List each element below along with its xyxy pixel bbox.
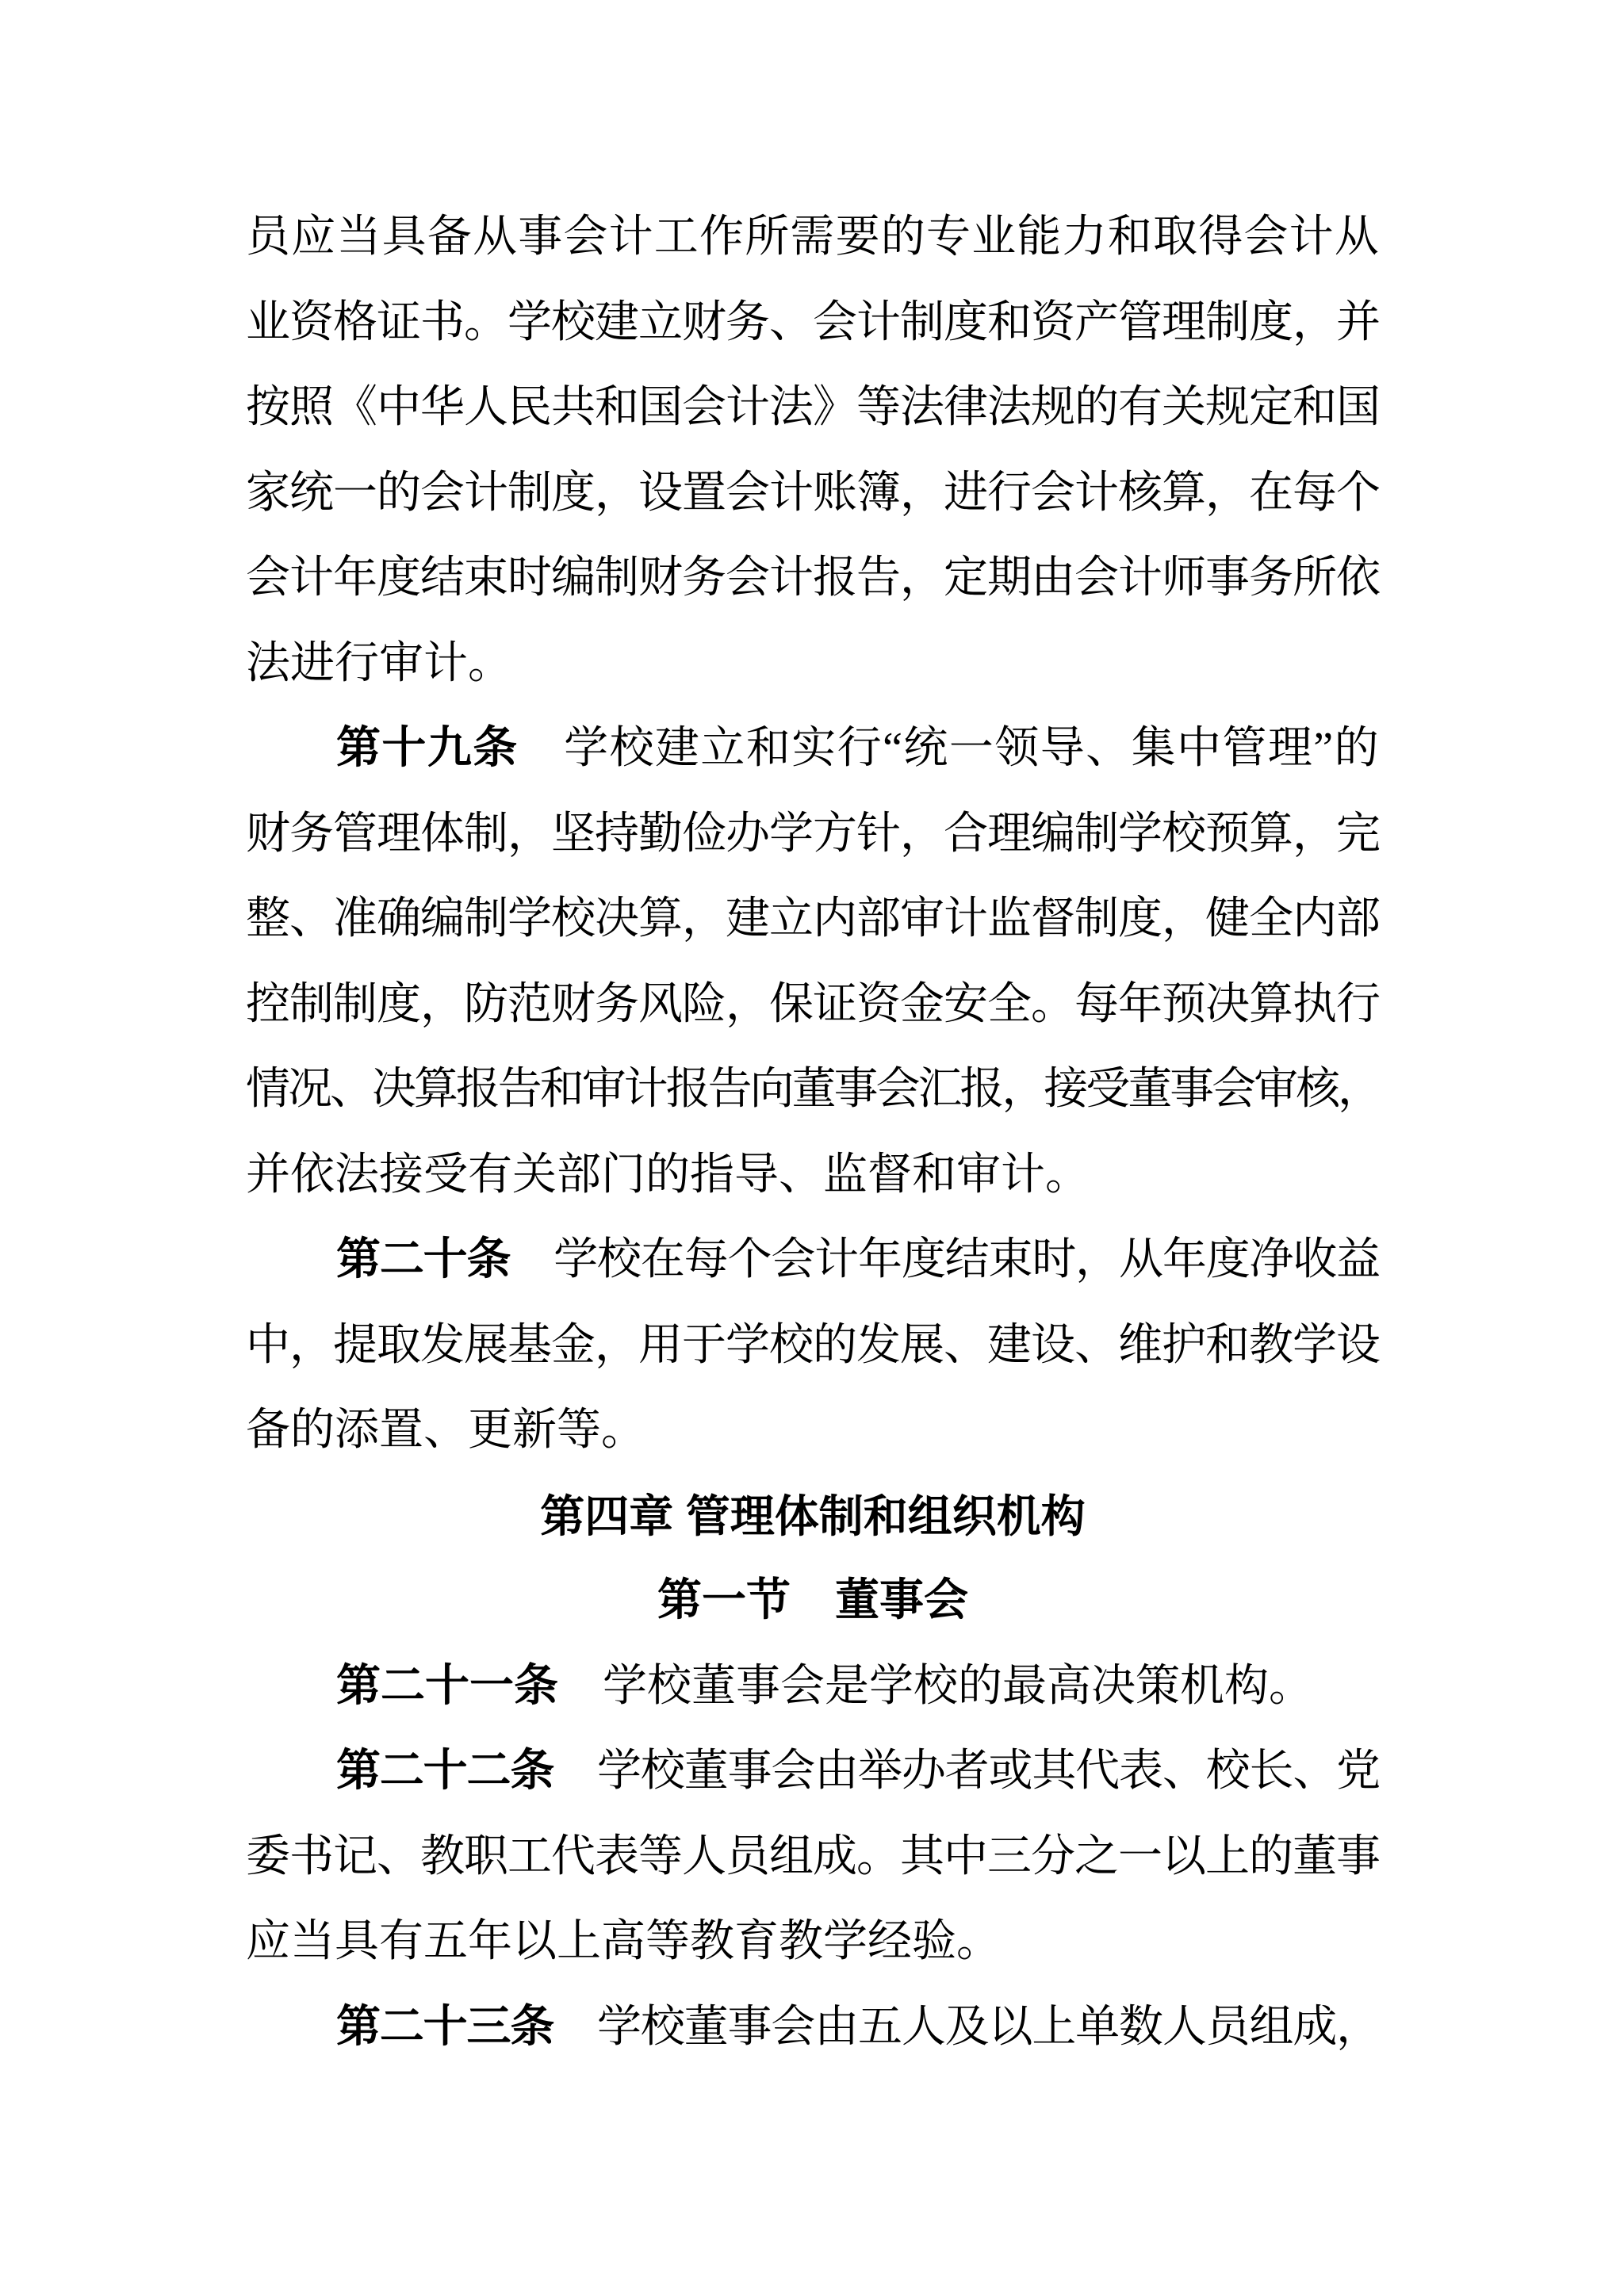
text-line: 并依法接受有关部门的指导、监督和审计。: [246, 1133, 1380, 1219]
text-run: 按照《中华人民共和国会计法》等法律法规的有关规定和国: [246, 383, 1380, 432]
text-run: 学校在每个会计年度结束时，从年度净收益: [510, 1235, 1380, 1284]
text-line: 情况、决算报告和审计报告向董事会汇报，接受董事会审核，: [246, 1047, 1380, 1133]
text-line: 业资格证书。学校建立财务、会计制度和资产管理制度，并: [246, 281, 1380, 366]
text-line: 委书记、教职工代表等人员组成。其中三分之一以上的董事: [246, 1815, 1380, 1900]
text-line: 第二十一条 学校董事会是学校的最高决策机构。: [246, 1644, 1380, 1730]
text-run: 财务管理体制，坚持勤俭办学方针，合理编制学校预算，完: [246, 809, 1380, 859]
text-line: 第二十二条 学校董事会由举办者或其代表、校长、党: [246, 1729, 1380, 1815]
article-number: 第一节 董事会: [657, 1576, 968, 1625]
text-run: 应当具有五年以上高等教育教学经验。: [246, 1917, 1001, 1966]
text-run: 学校董事会由举办者或其代表、校长、党: [553, 1747, 1380, 1796]
article-number: 第二十二条: [336, 1747, 553, 1796]
document-page: 员应当具备从事会计工作所需要的专业能力和取得会计从业资格证书。学校建立财务、会计…: [0, 0, 1624, 2296]
text-line: 中，提取发展基金，用于学校的发展、建设、维护和教学设: [246, 1303, 1380, 1389]
text-line: 第二十三条 学校董事会由五人及以上单数人员组成，: [246, 1985, 1380, 2071]
text-line: 第二十条 学校在每个会计年度结束时，从年度净收益: [246, 1218, 1380, 1303]
text-line: 控制制度，防范财务风险，保证资金安全。每年预决算执行: [246, 962, 1380, 1048]
article-number: 第二十一条: [336, 1662, 558, 1711]
text-line: 员应当具备从事会计工作所需要的专业能力和取得会计从: [246, 195, 1380, 281]
text-run: 委书记、教职工代表等人员组成。其中三分之一以上的董事: [246, 1832, 1380, 1881]
text-run: 会计年度结束时编制财务会计报告，定期由会计师事务所依: [246, 553, 1380, 603]
article-number: 第二十条: [336, 1235, 510, 1284]
text-line: 备的添置、更新等。: [246, 1388, 1380, 1474]
text-run: 并依法接受有关部门的指导、监督和审计。: [246, 1150, 1090, 1200]
text-run: 备的添置、更新等。: [246, 1406, 645, 1455]
document-body: 员应当具备从事会计工作所需要的专业能力和取得会计从业资格证书。学校建立财务、会计…: [246, 195, 1380, 2070]
text-run: 学校董事会是学校的最高决策机构。: [558, 1662, 1313, 1711]
text-run: 学校董事会由五人及以上单数人员组成，: [553, 2003, 1380, 2052]
text-run: 学校建立和实行“统一领导、集中管理”的: [519, 724, 1380, 773]
text-line: 家统一的会计制度，设置会计账簿，进行会计核算，在每个: [246, 451, 1380, 537]
text-line: 整、准确编制学校决算，建立内部审计监督制度，健全内部: [246, 877, 1380, 962]
text-line: 按照《中华人民共和国会计法》等法律法规的有关规定和国: [246, 365, 1380, 451]
text-line: 应当具有五年以上高等教育教学经验。: [246, 1900, 1380, 1985]
text-line: 财务管理体制，坚持勤俭办学方针，合理编制学校预算，完: [246, 792, 1380, 878]
text-run: 中，提取发展基金，用于学校的发展、建设、维护和教学设: [246, 1321, 1380, 1370]
chapter-heading: 第四章 管理体制和组织机构: [246, 1474, 1380, 1559]
text-run: 整、准确编制学校决算，建立内部审计监督制度，健全内部: [246, 894, 1380, 943]
article-number: 第二十三条: [336, 2003, 553, 2052]
text-line: 法进行审计。: [246, 622, 1380, 707]
text-run: 情况、决算报告和审计报告向董事会汇报，接受董事会审核，: [246, 1065, 1380, 1114]
text-line: 会计年度结束时编制财务会计报告，定期由会计师事务所依: [246, 536, 1380, 622]
section-heading: 第一节 董事会: [246, 1559, 1380, 1644]
article-number: 第四章 管理体制和组织机构: [540, 1491, 1086, 1541]
text-run: 家统一的会计制度，设置会计账簿，进行会计核算，在每个: [246, 469, 1380, 518]
text-run: 员应当具备从事会计工作所需要的专业能力和取得会计从: [246, 212, 1380, 262]
text-run: 业资格证书。学校建立财务、会计制度和资产管理制度，并: [246, 298, 1380, 347]
text-run: 法进行审计。: [246, 639, 512, 688]
text-run: 控制制度，防范财务风险，保证资金安全。每年预决算执行: [246, 980, 1380, 1029]
text-line: 第十九条 学校建立和实行“统一领导、集中管理”的: [246, 706, 1380, 792]
article-number: 第十九条: [336, 724, 519, 773]
